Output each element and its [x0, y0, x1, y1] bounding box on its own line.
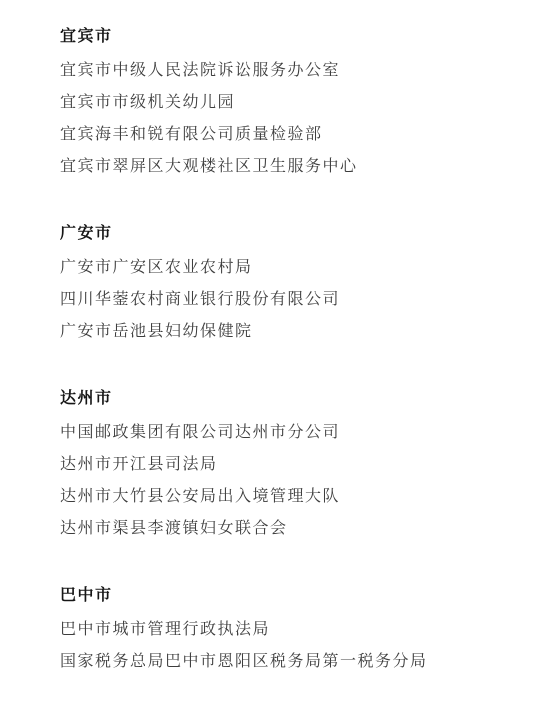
city-section-dazhou: 达州市 中国邮政集团有限公司达州市分公司 达州市开江县司法局 达州市大竹县公安局…: [60, 382, 527, 544]
list-item: 宜宾海丰和锐有限公司质量检验部: [60, 118, 527, 150]
city-heading: 达州市: [60, 382, 527, 414]
city-heading: 广安市: [60, 217, 527, 249]
list-item: 国家税务总局巴中市恩阳区税务局第一税务分局: [60, 645, 527, 677]
city-section-guangan: 广安市 广安市广安区农业农村局 四川华蓥农村商业银行股份有限公司 广安市岳池县妇…: [60, 217, 527, 347]
list-item: 宜宾市中级人民法院诉讼服务办公室: [60, 54, 527, 86]
list-item: 宜宾市市级机关幼儿园: [60, 86, 527, 118]
document-page: 宜宾市 宜宾市中级人民法院诉讼服务办公室 宜宾市市级机关幼儿园 宜宾海丰和锐有限…: [0, 0, 557, 705]
list-item: 广安市岳池县妇幼保健院: [60, 315, 527, 347]
list-item: 达州市大竹县公安局出入境管理大队: [60, 480, 527, 512]
list-item: 达州市开江县司法局: [60, 448, 527, 480]
list-item: 广安市广安区农业农村局: [60, 251, 527, 283]
city-section-bazhong: 巴中市 巴中市城市管理行政执法局 国家税务总局巴中市恩阳区税务局第一税务分局: [60, 579, 527, 677]
city-heading: 巴中市: [60, 579, 527, 611]
city-section-yibin: 宜宾市 宜宾市中级人民法院诉讼服务办公室 宜宾市市级机关幼儿园 宜宾海丰和锐有限…: [60, 20, 527, 182]
list-item: 达州市渠县李渡镇妇女联合会: [60, 512, 527, 544]
list-item: 中国邮政集团有限公司达州市分公司: [60, 416, 527, 448]
list-item: 巴中市城市管理行政执法局: [60, 613, 527, 645]
list-item: 四川华蓥农村商业银行股份有限公司: [60, 283, 527, 315]
list-item: 宜宾市翠屏区大观楼社区卫生服务中心: [60, 150, 527, 182]
city-heading: 宜宾市: [60, 20, 527, 52]
